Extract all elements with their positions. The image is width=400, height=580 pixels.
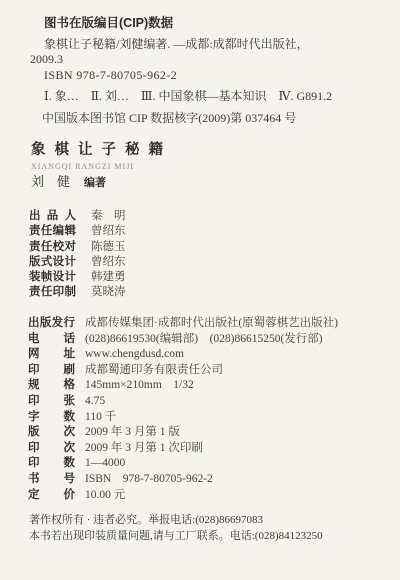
row-label: 印刷 — [28, 361, 75, 377]
row-label: 书号 — [28, 470, 75, 486]
book-title: 象棋让子秘籍 — [31, 143, 172, 158]
row-value: 秦 明 — [91, 207, 126, 223]
row-label: 版次 — [28, 423, 75, 439]
cip-record-number: 中国版本图书馆 CIP 数据核字(2009)第 037464 号 — [42, 112, 296, 124]
row-value: 110 千 — [85, 408, 116, 424]
info-row: 规格 145mm×210mm 1/32 — [0, 376, 400, 392]
info-row: 责任校对 陈德玉 — [0, 238, 400, 253]
cip-heading: 图书在版编目(CIP)数据 — [44, 17, 173, 30]
row-value: (028)86619530(编辑部) (028)86615250(发行部) — [85, 330, 323, 346]
row-value: 成都蜀通印务有限责任公司 — [85, 361, 223, 377]
row-label: 版式设计 — [29, 253, 76, 269]
info-row: 书号 ISBN 978-7-80705-962-2 — [0, 470, 400, 486]
row-label: 印次 — [28, 439, 75, 455]
row-value: 1—4000 — [85, 457, 125, 469]
row-value: www.chengdusd.com — [85, 348, 184, 360]
row-label: 定价 — [28, 486, 75, 502]
cip-isbn: ISBN 978-7-80705-962-2 — [44, 69, 177, 81]
row-value: ISBN 978-7-80705-962-2 — [85, 470, 213, 486]
row-value: 4.75 — [85, 395, 105, 407]
copyright-notice: 著作权所有 · 违者必究。举报电话:(028)86697083 — [29, 515, 263, 526]
info-row: 责任编辑 曾绍东 — [0, 222, 400, 237]
row-value: 2009 年 3 月第 1 版 — [85, 423, 180, 439]
row-value: 曾绍东 — [91, 222, 126, 238]
cip-bibliographic-line: 象棋让子秘籍/刘健编著. —成都:成都时代出版社， — [44, 38, 309, 50]
info-row: 电话 (028)86619530(编辑部) (028)86615250(发行部) — [0, 330, 400, 346]
row-value: 成都传媒集团·成都时代出版社(原蜀蓉棋艺出版社) — [85, 314, 338, 330]
row-value: 曾绍东 — [91, 253, 126, 269]
cip-classification: Ⅰ. 象… Ⅱ. 刘… Ⅲ. 中国象棋—基本知识 Ⅳ. G891.2 — [44, 90, 332, 102]
book-title-pinyin: XIANGQI RANGZI MIJI — [31, 163, 134, 171]
row-label: 规格 — [28, 376, 75, 392]
row-label: 出品人 — [29, 207, 76, 223]
info-row: 定价 10.00 元 — [0, 486, 400, 502]
row-label: 印数 — [28, 454, 75, 470]
author-name: 刘 健 — [31, 174, 70, 189]
row-value: 韩建勇 — [91, 268, 126, 284]
info-row: 责任印制 莫晓涛 — [0, 283, 400, 298]
info-row: 印张 4.75 — [0, 392, 400, 408]
info-row: 印刷 成都蜀通印务有限责任公司 — [0, 361, 400, 377]
info-row: 网址 www.chengdusd.com — [0, 345, 400, 361]
info-row: 印数 1—4000 — [0, 454, 400, 470]
row-label: 责任编辑 — [29, 222, 76, 238]
quality-notice: 本书若出现印装质量问题,请与工厂联系。电话:(028)84123250 — [29, 531, 323, 542]
publication-block: 出版发行 成都传媒集团·成都时代出版社(原蜀蓉棋艺出版社) 电话 (028)86… — [0, 314, 400, 501]
info-row: 版式设计 曾绍东 — [0, 253, 400, 268]
row-value: 2009 年 3 月第 1 次印刷 — [85, 439, 203, 455]
row-label: 出版发行 — [28, 314, 75, 330]
row-label: 装帧设计 — [29, 268, 76, 284]
row-label: 网址 — [28, 345, 75, 361]
row-label: 电话 — [28, 330, 75, 346]
row-label: 责任校对 — [29, 238, 76, 254]
row-value: 10.00 元 — [85, 486, 125, 502]
info-row: 版次 2009 年 3 月第 1 版 — [0, 423, 400, 439]
row-value: 145mm×210mm 1/32 — [85, 376, 194, 392]
row-value: 陈德玉 — [91, 238, 126, 254]
row-label: 印张 — [28, 392, 75, 408]
info-row: 印次 2009 年 3 月第 1 次印刷 — [0, 439, 400, 455]
credits-block: 出品人 秦 明 责任编辑 曾绍东 责任校对 陈德玉 版式设计 曾绍东 装帧设计 … — [0, 207, 400, 299]
info-row: 出版发行 成都传媒集团·成都时代出版社(原蜀蓉棋艺出版社) — [0, 314, 400, 330]
info-row: 装帧设计 韩建勇 — [0, 268, 400, 283]
copyright-page: 图书在版编目(CIP)数据 象棋让子秘籍/刘健编著. —成都:成都时代出版社， … — [0, 0, 400, 580]
row-label: 责任印制 — [29, 283, 76, 299]
author-role: 编著 — [84, 177, 106, 189]
info-row: 出品人 秦 明 — [0, 207, 400, 222]
cip-bibliographic-continuation: 2009.3 — [30, 53, 63, 65]
row-label: 字数 — [28, 408, 75, 424]
row-value: 莫晓涛 — [91, 283, 126, 299]
info-row: 字数 110 千 — [0, 408, 400, 424]
book-author-line: 刘 健编著 — [31, 175, 106, 189]
